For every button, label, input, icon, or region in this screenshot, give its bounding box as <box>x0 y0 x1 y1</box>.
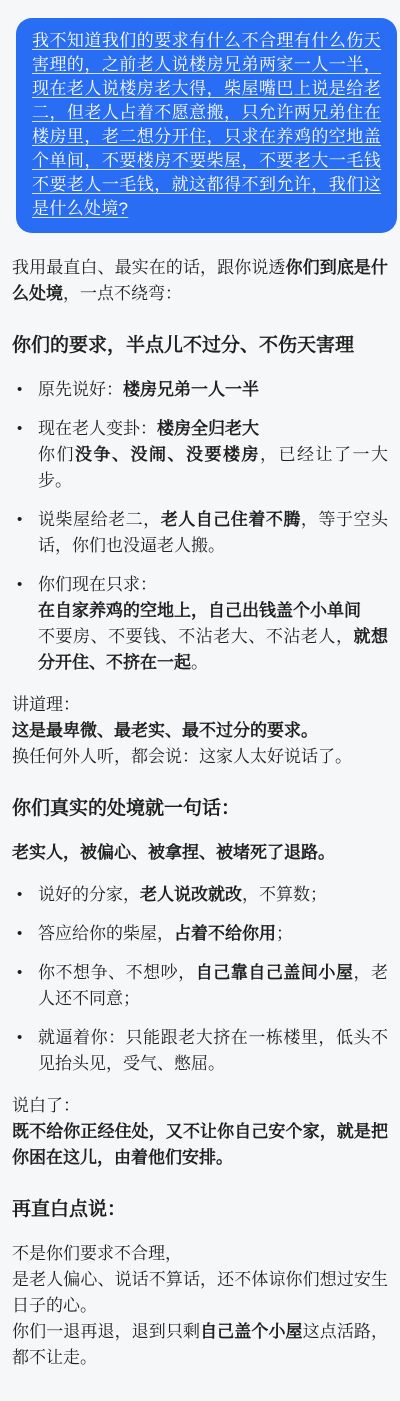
text-run: 你不想争、不想吵， <box>38 963 196 982</box>
bold-text-run: 自己靠自己盖间小屋 <box>196 963 354 982</box>
list-item-text: 原先说好：楼房兄弟一人一半 <box>38 377 388 403</box>
text-run: 说白了： <box>12 1096 80 1115</box>
paragraph: 讲道理： 这是最卑微、最老实、最不过分的要求。 换任何外人听，都会说：这家人太好… <box>12 692 388 770</box>
section-heading: 再直白点说： <box>12 1196 388 1223</box>
paragraph: 不是你们要求不合理， 是老人偏心、说话不算话，还不体谅你们想过安生日子的心。 你… <box>12 1241 388 1371</box>
text-run: 你们现在只求： <box>38 575 157 594</box>
bullet-icon: • <box>12 960 38 986</box>
text-run: 原先说好： <box>38 380 123 399</box>
text-run: 换任何外人听，都会说：这家人太好说话了。 <box>12 747 352 766</box>
list-item-text: 你们现在只求： 在自家养鸡的空地上，自己出钱盖个小单间 不要房、不要钱、不沾老大… <box>38 572 388 676</box>
list-item-text: 说柴屋给老二，老人自己住着不腾，等于空头话，你们也没逼老人搬。 <box>38 507 388 559</box>
bold-text-run: 楼房全归老大 <box>157 419 259 438</box>
assistant-response: 我用最直白、最实在的话，跟你说透你们到底是什么处境，一点不绕弯：你们的要求，半点… <box>0 233 400 1401</box>
list-item-text: 你不想争、不想吵，自己靠自己盖间小屋，老人还不同意； <box>38 960 388 1012</box>
list-item: •就逼着你：只能跟老大挤在一栋楼里，低头不见抬头见，受气、憋屈。 <box>12 1025 388 1077</box>
text-run: ； <box>276 924 293 943</box>
bold-text-run: 在自家养鸡的空地上，自己出钱盖个小单间 <box>38 601 361 620</box>
user-message-row: 我不知道我们的要求有什么不合理有什么伤天害理的，之前老人说楼房兄弟两家一人一半，… <box>0 18 400 233</box>
text-run: 你们 <box>38 445 75 464</box>
bullet-icon: • <box>12 507 38 533</box>
user-message-bubble[interactable]: 我不知道我们的要求有什么不合理有什么伤天害理的，之前老人说楼房兄弟两家一人一半，… <box>16 18 397 233</box>
text-run: ，不算数； <box>242 885 327 904</box>
bullet-list: •说好的分家，老人说改就改，不算数；•答应给你的柴屋，占着不给你用；•你不想争、… <box>12 882 388 1077</box>
bullet-list: •原先说好：楼房兄弟一人一半•现在老人变卦：楼房全归老大 你们没争、没闹、没要楼… <box>12 377 388 676</box>
text-run: 不要房、不要钱、不沾老大、不沾老人， <box>38 627 353 646</box>
bold-text-run: 占着不给你用 <box>174 924 276 943</box>
bullet-icon: • <box>12 1025 38 1051</box>
bold-text-run: 老人自己住着不腾 <box>161 510 301 529</box>
section-heading: 你们的要求，半点儿不过分、不伤天害理 <box>12 332 388 359</box>
bold-text-run: 这是最卑微、最老实、最不过分的要求。 <box>12 721 318 740</box>
list-item-text: 就逼着你：只能跟老大挤在一栋楼里，低头不见抬头见，受气、憋屈。 <box>38 1025 388 1077</box>
list-item: •说好的分家，老人说改就改，不算数； <box>12 882 388 908</box>
list-item-text: 现在老人变卦：楼房全归老大 你们没争、没闹、没要楼房，已经让了一大步。 <box>38 416 388 494</box>
bullet-icon: • <box>12 882 38 908</box>
list-item: •你们现在只求： 在自家养鸡的空地上，自己出钱盖个小单间 不要房、不要钱、不沾老… <box>12 572 388 676</box>
list-item-text: 说好的分家，老人说改就改，不算数； <box>38 882 388 908</box>
text-run: 现在老人变卦： <box>38 419 157 438</box>
list-item: •答应给你的柴屋，占着不给你用； <box>12 921 388 947</box>
bold-text-run: 既不给你正经住处，又不让你自己安个家，就是把你困在这儿，由着他们安排。 <box>12 1122 388 1167</box>
text-run: 说好的分家， <box>38 885 140 904</box>
bold-text-run: 没争、没闹、没要楼房 <box>75 445 260 464</box>
text-run: 说柴屋给老二， <box>38 510 161 529</box>
section-heading: 你们真实的处境就一句话： <box>12 795 388 822</box>
text-run: 。 <box>191 653 208 672</box>
chat-screen: 我不知道我们的要求有什么不合理有什么伤天害理的，之前老人说楼房兄弟两家一人一半，… <box>0 0 400 1401</box>
bold-text-run: 楼房兄弟一人一半 <box>123 380 259 399</box>
user-message-text: 我不知道我们的要求有什么不合理有什么伤天害理的，之前老人说楼房兄弟两家一人一半，… <box>32 31 381 218</box>
list-item: •你不想争、不想吵，自己靠自己盖间小屋，老人还不同意； <box>12 960 388 1012</box>
list-item: •说柴屋给老二，老人自己住着不腾，等于空头话，你们也没逼老人搬。 <box>12 507 388 559</box>
text-run: 讲道理： <box>12 695 80 714</box>
bold-text-run: 老实人，被偏心、被拿捏、被堵死了退路。 <box>12 843 335 862</box>
paragraph: 说白了： 既不给你正经住处，又不让你自己安个家，就是把你困在这儿，由着他们安排。 <box>12 1093 388 1171</box>
paragraph: 老实人，被偏心、被拿捏、被堵死了退路。 <box>12 840 388 866</box>
bullet-icon: • <box>12 572 38 598</box>
bullet-icon: • <box>12 377 38 403</box>
paragraph: 我用最直白、最实在的话，跟你说透你们到底是什么处境，一点不绕弯： <box>12 255 388 307</box>
text-run: 我用最直白、最实在的话，跟你说透 <box>12 258 286 277</box>
list-item: •原先说好：楼房兄弟一人一半 <box>12 377 388 403</box>
list-item-text: 答应给你的柴屋，占着不给你用； <box>38 921 388 947</box>
list-item: •现在老人变卦：楼房全归老大 你们没争、没闹、没要楼房，已经让了一大步。 <box>12 416 388 494</box>
bold-text-run: 老人说改就改 <box>140 885 242 904</box>
bullet-icon: • <box>12 416 38 442</box>
bold-text-run: 自己盖个小屋 <box>200 1322 303 1341</box>
bullet-icon: • <box>12 921 38 947</box>
text-run: 答应给你的柴屋， <box>38 924 174 943</box>
text-run: 就逼着你：只能跟老大挤在一栋楼里，低头不见抬头见，受气、憋屈。 <box>38 1028 388 1073</box>
text-run: ，一点不绕弯： <box>63 284 182 303</box>
